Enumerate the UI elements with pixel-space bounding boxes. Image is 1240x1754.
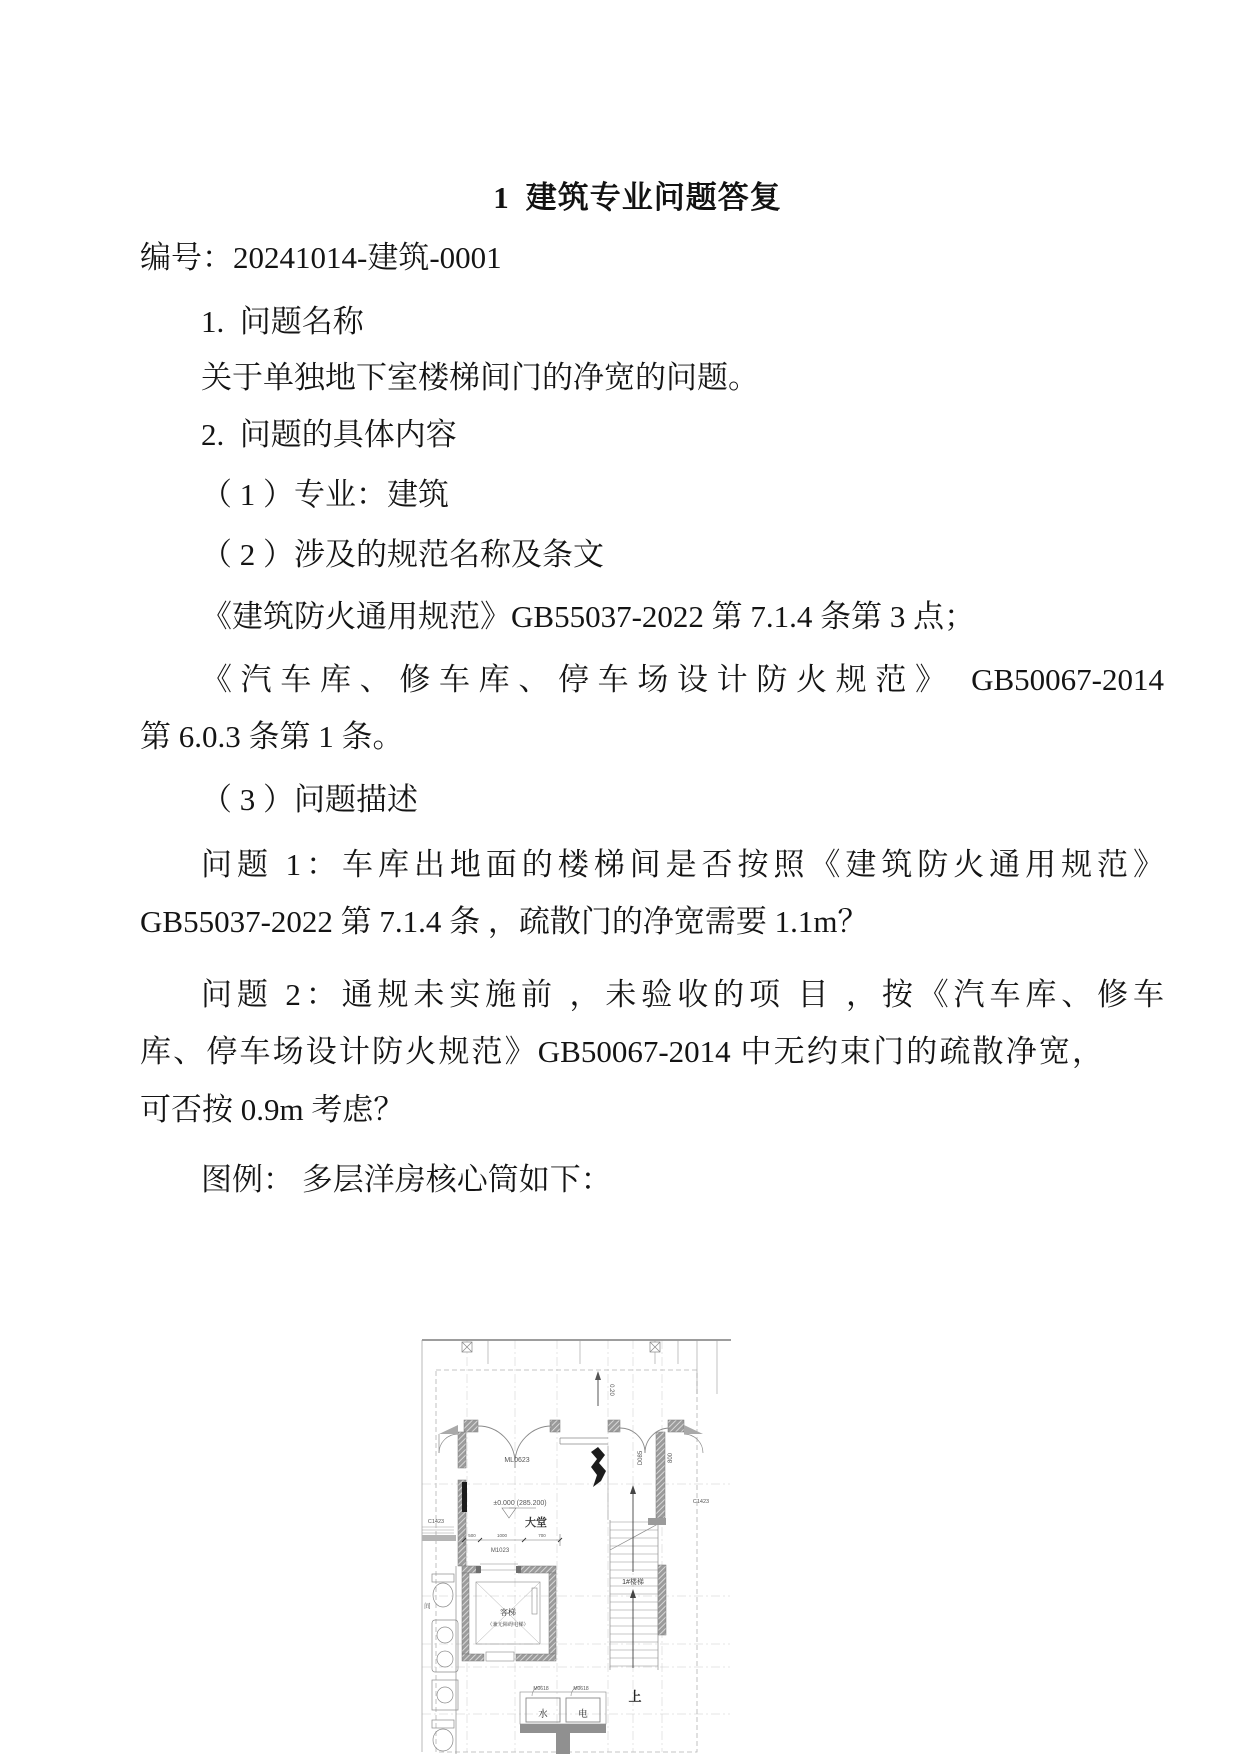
- threshold: [560, 1438, 608, 1444]
- label-shaft-water-door: M0618: [533, 1686, 549, 1692]
- service-shafts: [520, 1686, 606, 1754]
- label-door-right: D085: [638, 1450, 644, 1465]
- window-left-lines: [422, 1527, 454, 1533]
- paragraph-line: （ 3 ）问题描述: [140, 777, 1164, 823]
- label-door-top: ML0623: [504, 1457, 529, 1464]
- paragraph-line: 2. 问题的具体内容: [140, 412, 1164, 458]
- label-elevator-sub: （兼无障碍电梯）: [487, 1620, 529, 1628]
- label-dim-700: 700: [538, 1533, 546, 1538]
- heading-text: 建筑专业问题答复: [526, 180, 782, 215]
- paragraph-line: （ 1 ）专业：建筑: [140, 472, 1164, 518]
- window-left-sill: [422, 1535, 456, 1541]
- document-page: 1建筑专业问题答复 编号：20241014-建筑-0001 1. 问题名称 关于…: [0, 0, 1240, 1754]
- label-stair-up: 上: [628, 1689, 641, 1704]
- label-dim-1000: 1000: [497, 1533, 508, 1538]
- heading-number: 1: [493, 180, 510, 215]
- paragraph-line: 《汽车库、修车库、停车场设计防火规范》 GB50067-2014: [140, 657, 1164, 703]
- dimension-line: [462, 1534, 562, 1546]
- label-shaft-water: 水: [538, 1708, 548, 1720]
- floor-plan-figure: ML0623 0.20 D085 800 ±0.000 (285.200) 大堂…: [420, 1334, 732, 1754]
- paragraph-line: 问题 1：车库出地面的楼梯间是否按照《建筑防火通用规范》: [140, 842, 1164, 888]
- label-dim-800: 800: [668, 1452, 674, 1463]
- label-elevator: 客梯: [500, 1607, 516, 1617]
- label-door-lobby: M1023: [491, 1548, 510, 1554]
- figure-caption: 图例： 多层洋房核心筒如下：: [140, 1157, 1164, 1203]
- label-stair-name: 1#楼梯: [622, 1577, 644, 1586]
- walls: [458, 1420, 684, 1635]
- label-window-right: C1423: [693, 1499, 709, 1505]
- paragraph-line: 问题 2：通规未实施前 ，未验收的项 目 ，按《汽车库、修车: [140, 972, 1164, 1018]
- paragraph-line: 1. 问题名称: [140, 299, 1164, 345]
- paragraph-line: （ 2 ）涉及的规范名称及条文: [140, 532, 1164, 578]
- label-elevation: ±0.000 (285.200): [493, 1500, 546, 1507]
- label-slope: 0.20: [608, 1384, 614, 1396]
- label-lobby: 大堂: [525, 1515, 547, 1529]
- floor-plan-drawing: ML0623 0.20 D085 800 ±0.000 (285.200) 大堂…: [420, 1334, 732, 1754]
- entrance-arrow: [595, 1371, 601, 1406]
- paragraph-line: GB55037-2022 第 7.1.4 条 ，疏散门的净宽需要 1.1m？: [140, 899, 1103, 945]
- paragraph-line: 库、停车场设计防火规范》GB50067-2014 中无约束门的疏散净宽，: [140, 1029, 1103, 1075]
- label-shaft-elec: 电: [578, 1708, 588, 1720]
- doc-number-line: 编号：20241014-建筑-0001: [140, 235, 1103, 281]
- paragraph-line: 关于单独地下室楼梯间门的净宽的问题。: [140, 355, 1164, 401]
- label-room-left: 间: [424, 1601, 431, 1610]
- paragraph-line: 可否按 0.9m 考虑？: [140, 1087, 1103, 1133]
- label-shaft-elec-door: M0618: [573, 1686, 589, 1692]
- paragraph-line: 第 6.0.3 条第 1 条。: [140, 714, 1103, 760]
- label-dim-500: 500: [468, 1533, 476, 1538]
- column-markers: [462, 1342, 660, 1352]
- label-window-left: C1423: [428, 1519, 444, 1525]
- paragraph-line: 《建筑防火通用规范》GB55037-2022 第 7.1.4 条第 3 点；: [140, 594, 1164, 640]
